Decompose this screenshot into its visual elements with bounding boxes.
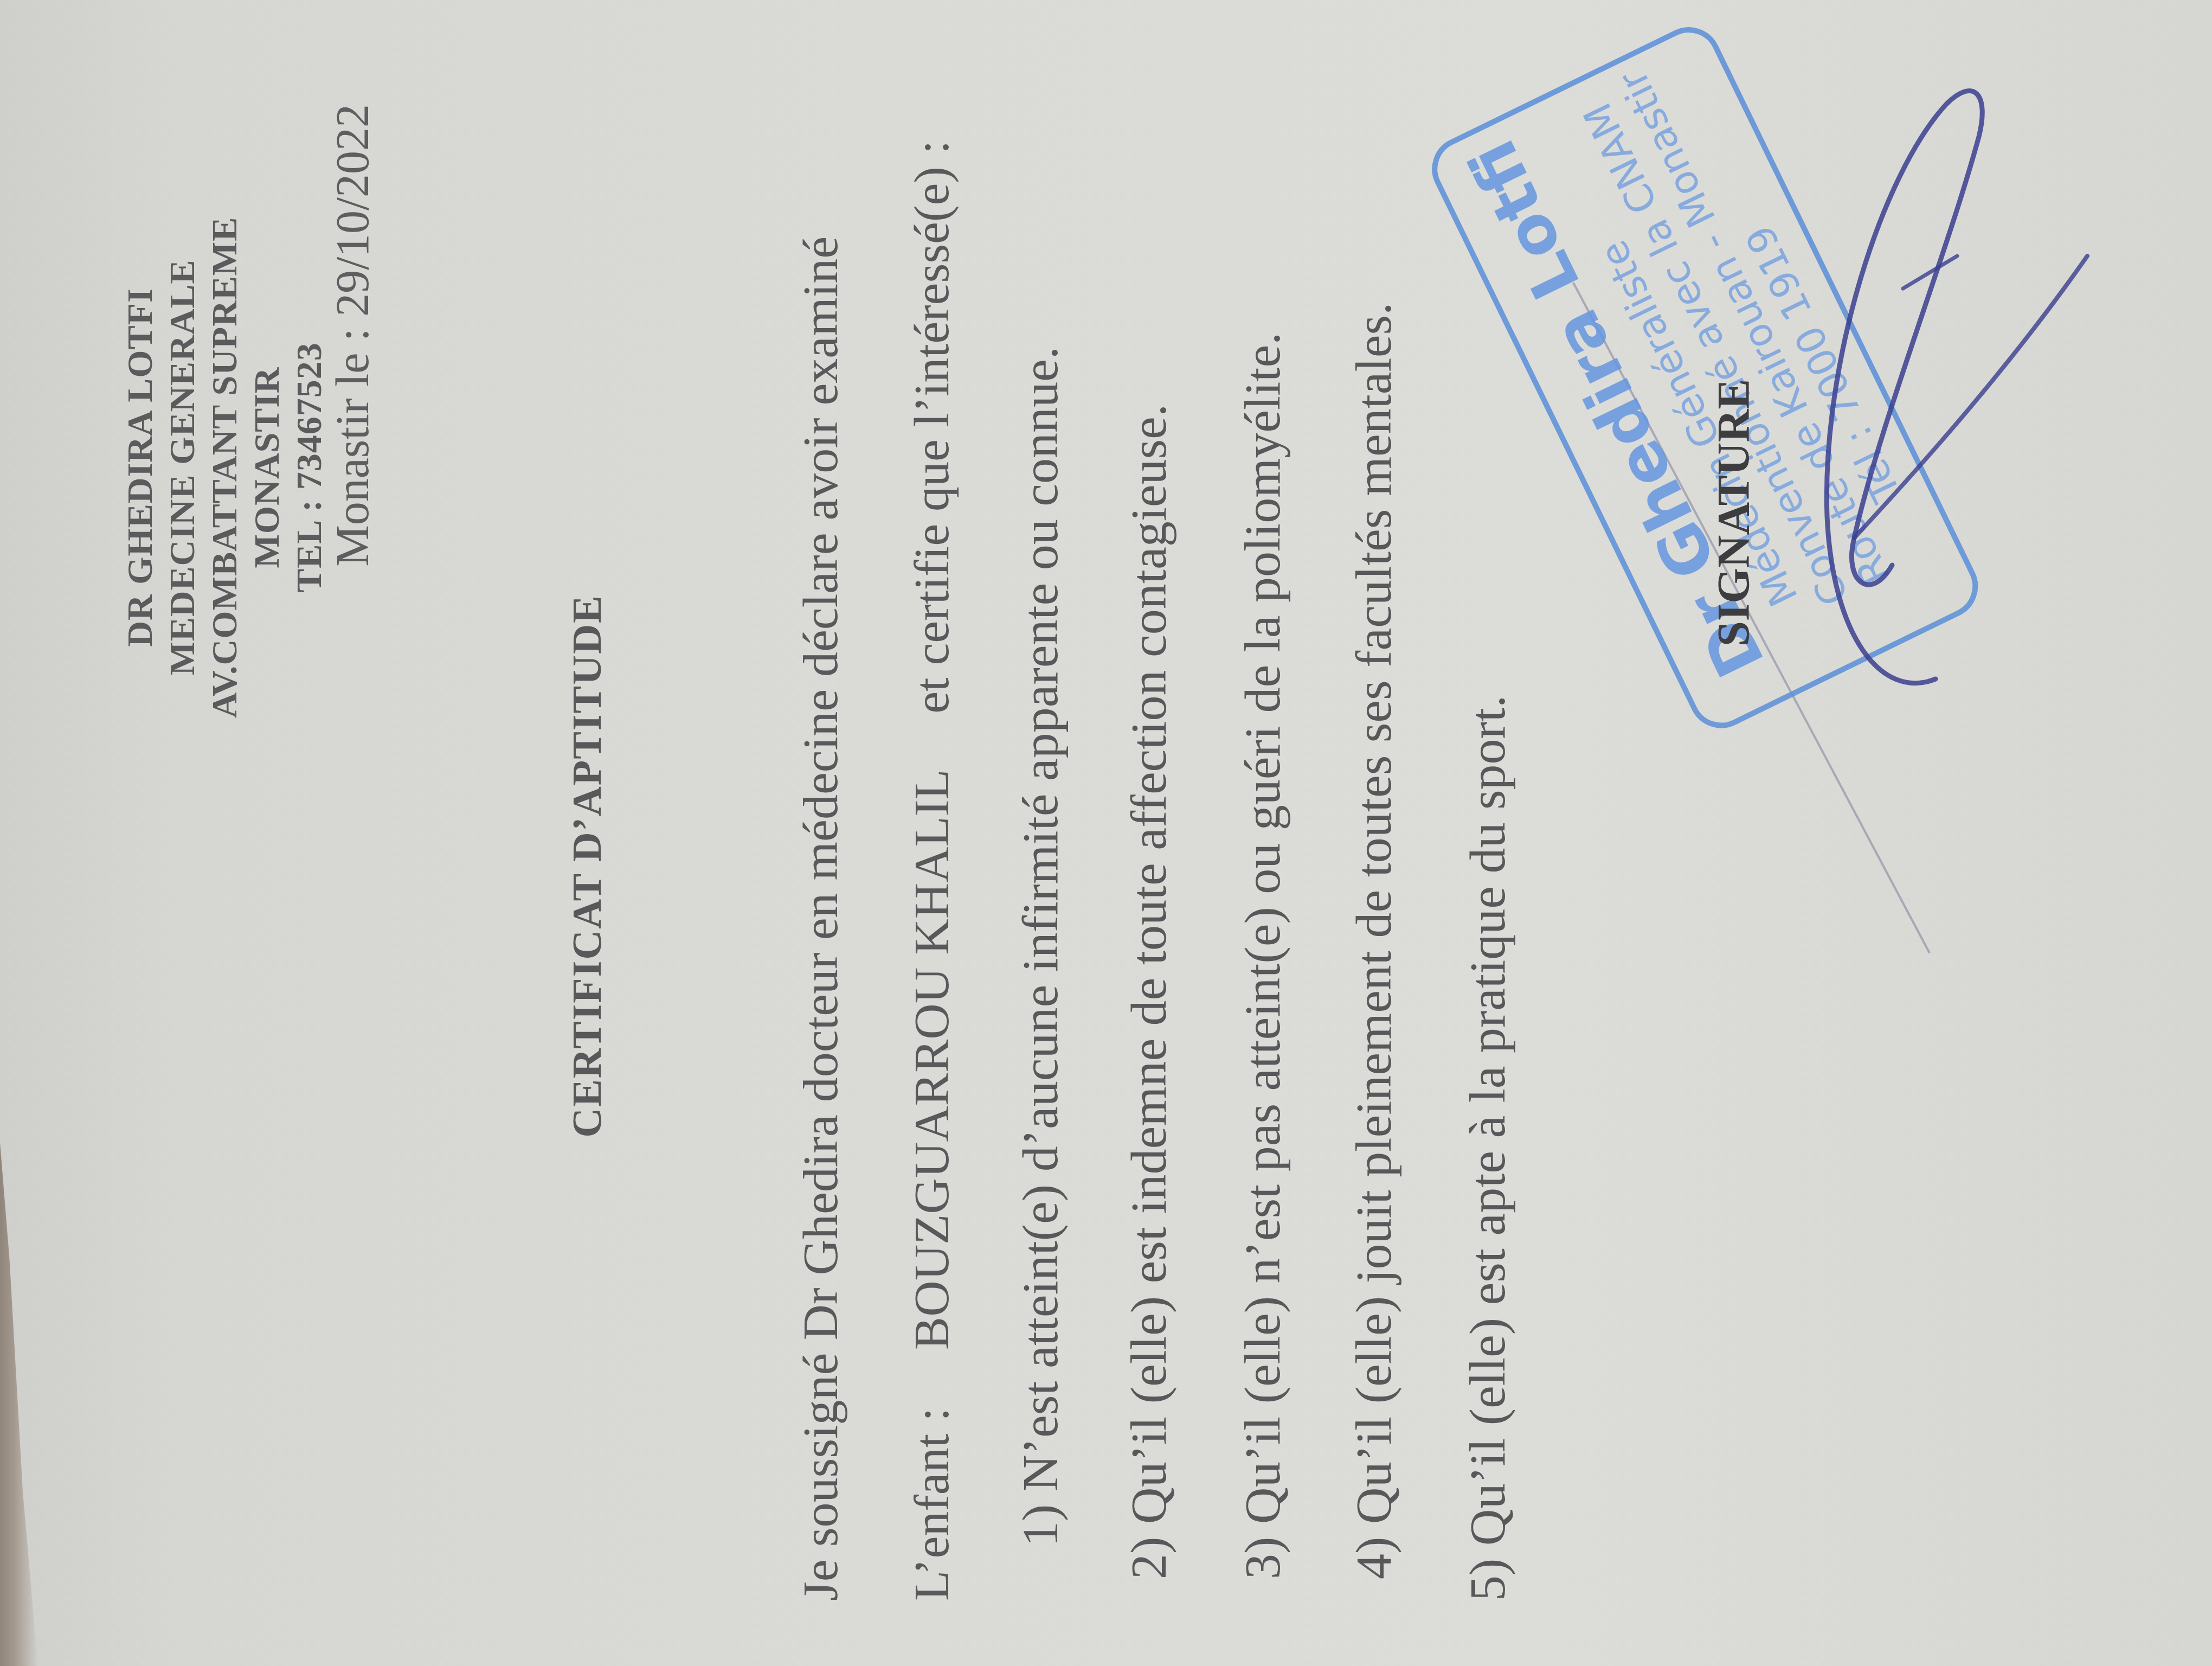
doctor-city: MONASTIR bbox=[246, 115, 288, 820]
doctor-name: DR GHEDIRA LOTFI bbox=[119, 115, 162, 820]
handwritten-signature bbox=[1599, 39, 2142, 744]
clause-1: 1) N’est atteint(e) d’aucune infirmité a… bbox=[1011, 347, 1070, 1547]
child-label: L’enfant : bbox=[904, 1407, 959, 1601]
date-line: Monastir le : 29/10/2022 bbox=[325, 104, 380, 1297]
child-line: L’enfant : BOUZGUARROU KHALIL et certifi… bbox=[903, 140, 960, 1601]
clause-2: 2) Qu’il (elle) est indemne de toute aff… bbox=[1120, 404, 1178, 1579]
clause-4: 4) Qu’il (elle) jouit pleinement de tout… bbox=[1345, 303, 1403, 1580]
doctor-phone: TEL : 73467523 bbox=[288, 115, 331, 820]
doctor-specialty: MEDECINE GENERALE bbox=[162, 115, 204, 820]
doctor-header: DR GHEDIRA LOTFI MEDECINE GENERALE AV.CO… bbox=[119, 115, 331, 820]
child-name: BOUZGUARROU KHALIL bbox=[904, 771, 959, 1350]
clause-5: 5) Qu’il (elle) est apte à la pratique d… bbox=[1458, 695, 1517, 1601]
certificate-title: CERTIFICAT D’APTITUDE bbox=[564, 66, 611, 1666]
certify-text: et certifie que l’intéressé(e) : bbox=[904, 140, 959, 713]
certificate-page: DR GHEDIRA LOTFI MEDECINE GENERALE AV.CO… bbox=[0, 0, 2212, 1666]
doctor-address: AV.COMBATTANT SUPREME bbox=[204, 115, 246, 820]
clause-3: 3) Qu’il (elle) n’est pas atteint(e) ou … bbox=[1233, 332, 1292, 1579]
intro-text: Je soussigné Dr Ghedira docteur en médec… bbox=[792, 236, 849, 1601]
